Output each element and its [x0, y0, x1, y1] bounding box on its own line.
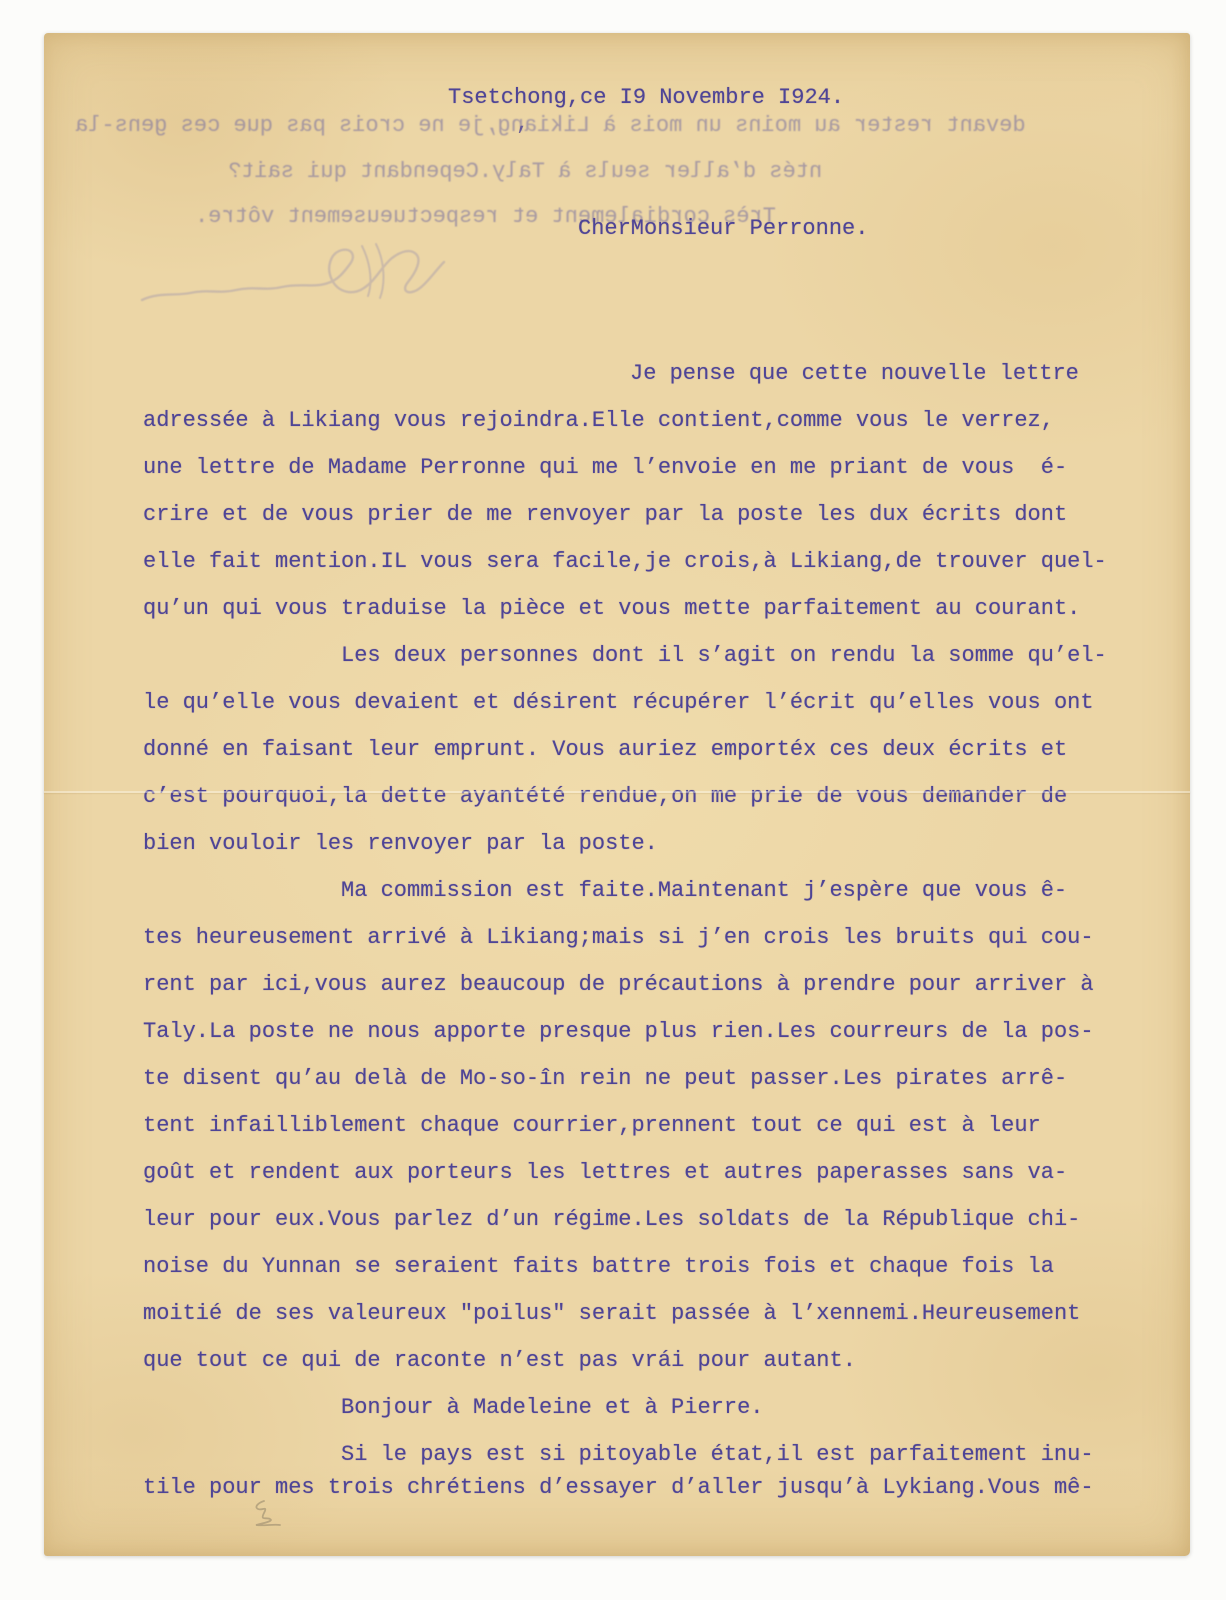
- letter-line: goût et rendent aux porteurs les lettres…: [143, 1149, 1107, 1196]
- bleedthrough-line-1: devant rester au moins un mois à Likiang…: [75, 113, 1026, 138]
- letter-line: adressée à Likiang vous rejoindra.Elle c…: [143, 397, 1107, 444]
- letter-line: rent par ici,vous aurez beaucoup de préc…: [143, 961, 1107, 1008]
- scan-background: devant rester au moins un mois à Likiang…: [0, 0, 1226, 1600]
- salutation: CherMonsieur Perronne.: [578, 216, 868, 241]
- stray-typed-comma: ,: [516, 111, 529, 136]
- letter-line: tent infailliblement chaque courrier,pre…: [143, 1102, 1107, 1149]
- letter-line: que tout ce qui de raconte n’est pas vrá…: [143, 1337, 1107, 1384]
- letter-line: elle fait mention.IL vous sera facile,je…: [143, 538, 1107, 585]
- bleedthrough-signature-flourish: [124, 238, 454, 333]
- letter-line: moitié de ses valeureux "poilus" serait …: [143, 1290, 1107, 1337]
- paper-crease: [44, 791, 1190, 793]
- letter-line: Taly.La poste ne nous apporte presque pl…: [143, 1008, 1107, 1055]
- letter-line: le qu’elle vous devaient et désirent réc…: [143, 679, 1107, 726]
- letter-line: qu’un qui vous traduise la pièce et vous…: [143, 585, 1107, 632]
- bleedthrough-line-2: ntés d’aller seuls à Taly.Cependant qui …: [228, 159, 822, 184]
- pencil-scribble: [244, 1495, 292, 1537]
- letter-line: c’est pourquoi,la dette ayantété rendue,…: [143, 773, 1107, 820]
- letter-line: te disent qu’au delà de Mo-so-în rein ne…: [143, 1055, 1107, 1102]
- letter-line: leur pour eux.Vous parlez d’un régime.Le…: [143, 1196, 1107, 1243]
- letter-line: Je pense que cette nouvelle lettre: [143, 350, 1107, 397]
- dateline: Tsetchong,ce I9 Novembre I924.: [448, 85, 844, 110]
- letter-line: Ma commission est faite.Maintenant j’esp…: [143, 867, 1107, 914]
- letter-line: Bonjour à Madeleine et à Pierre.: [143, 1384, 1107, 1431]
- letter-line: une lettre de Madame Perronne qui me l’e…: [143, 444, 1107, 491]
- letter-page: devant rester au moins un mois à Likiang…: [44, 33, 1190, 1556]
- letter-body: Je pense que cette nouvelle lettreadress…: [143, 350, 1107, 1511]
- letter-line: donné en faisant leur emprunt. Vous auri…: [143, 726, 1107, 773]
- letter-line: tes heureusement arrivé à Likiang;mais s…: [143, 914, 1107, 961]
- letter-line: noise du Yunnan se seraient faits battre…: [143, 1243, 1107, 1290]
- letter-line: bien vouloir les renvoyer par la poste.: [143, 820, 1107, 867]
- letter-line: Les deux personnes dont il s’agit on ren…: [143, 632, 1107, 679]
- letter-line: crire et de vous prier de me renvoyer pa…: [143, 491, 1107, 538]
